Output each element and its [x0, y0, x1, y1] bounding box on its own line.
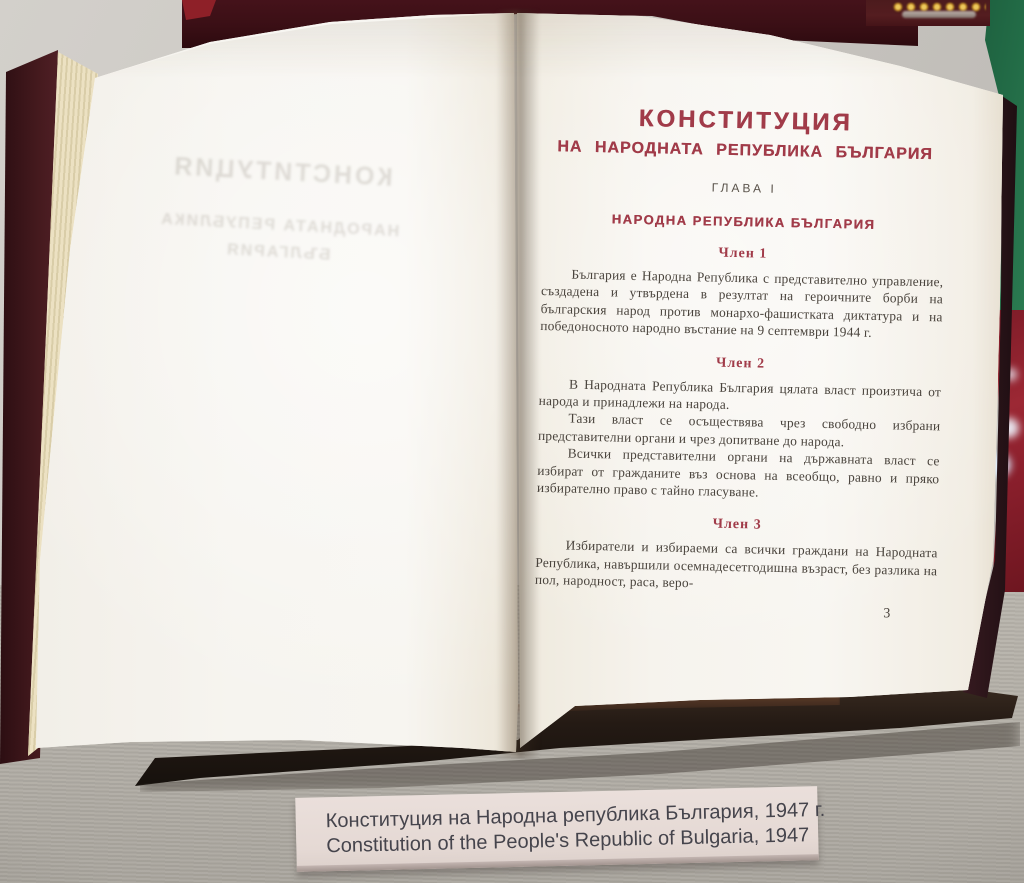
chapter-title: НАРОДНА РЕПУБЛИКА БЪЛГАРИЯ — [542, 210, 944, 233]
metal-rod-blur — [902, 11, 976, 18]
article-1-paragraph: България е Народна Република с представи… — [540, 265, 943, 343]
ghost-title: КОНСТИТУЦИЯ — [121, 150, 442, 196]
article-2-heading: Член 2 — [539, 352, 941, 376]
bleedthrough-ghost-text: КОНСТИТУЦИЯ НАРОДНАТА РЕПУБЛИКА БЪЛГАРИЯ — [117, 150, 442, 271]
museum-label-text: Конституция на Народна република Българи… — [325, 799, 796, 860]
article-3-heading: Член 3 — [536, 513, 938, 537]
article-1-heading: Член 1 — [542, 242, 944, 266]
museum-label: Конституция на Народна република Българи… — [295, 786, 819, 872]
book-gutter-shadow — [496, 10, 540, 758]
article-3-paragraph: Избиратели и избираеми са всички граждан… — [535, 536, 938, 597]
constitution-subtitle: НА НАРОДНАТА РЕПУБЛИКА БЪЛГАРИЯ — [544, 138, 946, 164]
article-2-paragraph: Всички представителни органи на държавна… — [537, 444, 940, 505]
museum-photo-scene: КОНСТИТУЦИЯ НАРОДНАТА РЕПУБЛИКА БЪЛГАРИЯ… — [0, 0, 1024, 883]
constitution-page-text: КОНСТИТУЦИЯ НА НАРОДНАТА РЕПУБЛИКА БЪЛГА… — [535, 103, 947, 591]
chapter-number: ГЛАВА I — [543, 177, 945, 199]
gilded-book-spine — [866, 0, 990, 26]
